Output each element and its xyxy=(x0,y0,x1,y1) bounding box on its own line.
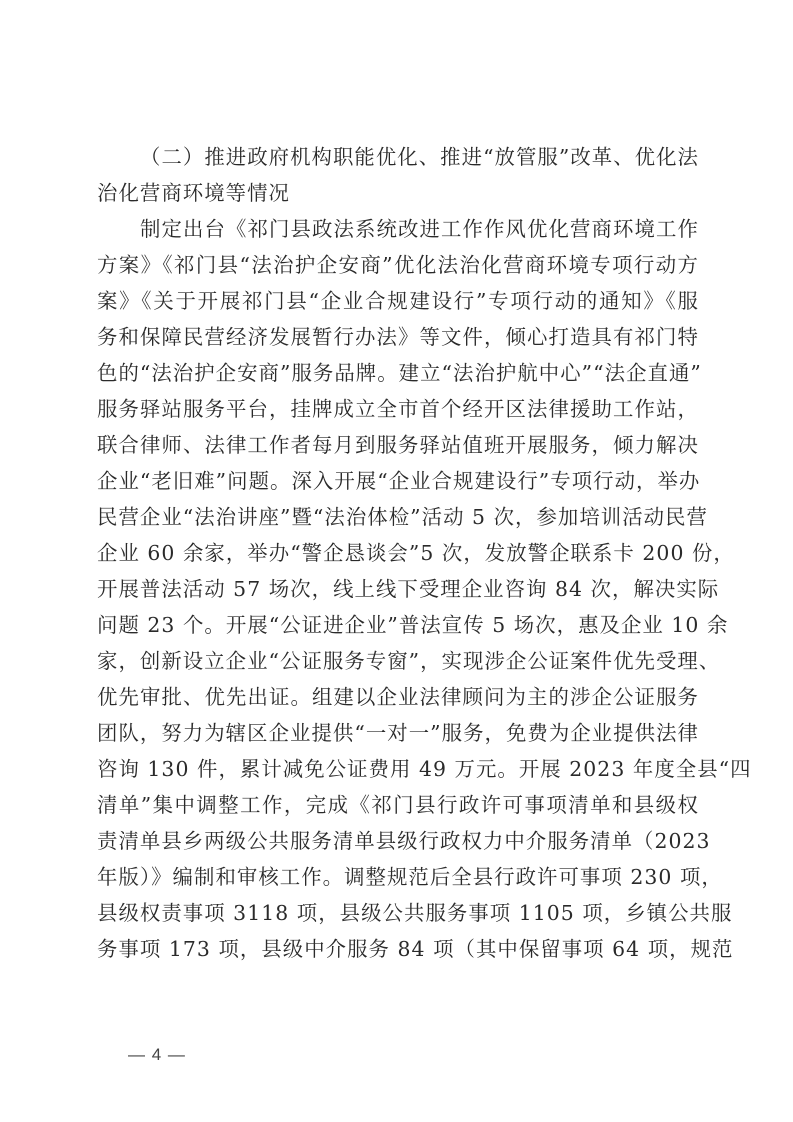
body-line-17: 清单”集中调整工作，完成《祁门县行政许可事项清单和县级权 xyxy=(97,787,699,823)
body-line-14: 优先审批、优先出证。组建以企业法律顾问为主的涉企公证服务 xyxy=(97,679,699,715)
body-line-19: 年版）》编制和审核工作。调整规范后全县行政许可事项 230 项， xyxy=(97,859,699,895)
section-heading-line-1: （二）推进政府机构职能优化、推进“放管服”改革、优化法 xyxy=(97,139,699,175)
body-line-16: 咨询 130 件，累计减免公证费用 49 万元。开展 2023 年度全县“四 xyxy=(97,751,699,787)
body-line-8: 企业“老旧难”问题。深入开展“企业合规建设行”专项行动，举办 xyxy=(97,463,699,499)
body-line-10: 企业 60 余家，举办“警企恳谈会”5 次，发放警企联系卡 200 份， xyxy=(97,535,699,571)
body-line-5: 色的“法治护企安商”服务品牌。建立“法治护航中心”“法企直通” xyxy=(97,355,699,391)
body-line-9: 民营企业“法治讲座”暨“法治体检”活动 5 次，参加培训活动民营 xyxy=(97,499,699,535)
body-line-4: 务和保障民营经济发展暂行办法》等文件，倾心打造具有祁门特 xyxy=(97,319,699,355)
body-line-3: 案》《关于开展祁门县“企业合规建设行”专项行动的通知》《服 xyxy=(97,283,699,319)
document-page: （二）推进政府机构职能优化、推进“放管服”改革、优化法 治化营商环境等情况 制定… xyxy=(97,139,699,967)
body-line-21: 务事项 173 项，县级中介服务 84 项（其中保留事项 64 项，规范 xyxy=(97,931,699,967)
section-heading-line-2: 治化营商环境等情况 xyxy=(97,175,699,211)
body-line-11: 开展普法活动 57 场次，线上线下受理企业咨询 84 次，解决实际 xyxy=(97,571,699,607)
body-line-15: 团队，努力为辖区企业提供“一对一”服务，免费为企业提供法律 xyxy=(97,715,699,751)
body-line-2: 方案》《祁门县“法治护企安商”优化法治化营商环境专项行动方 xyxy=(97,247,699,283)
body-line-6: 服务驿站服务平台，挂牌成立全市首个经开区法律援助工作站， xyxy=(97,391,699,427)
body-line-20: 县级权责事项 3118 项，县级公共服务事项 1105 项，乡镇公共服 xyxy=(97,895,699,931)
body-line-13: 家，创新设立企业“公证服务专窗”，实现涉企公证案件优先受理、 xyxy=(97,643,699,679)
body-line-1: 制定出台《祁门县政法系统改进工作作风优化营商环境工作 xyxy=(97,211,699,247)
body-line-18: 责清单县乡两级公共服务清单县级行政权力中介服务清单（2023 xyxy=(97,823,699,859)
body-line-7: 联合律师、法律工作者每月到服务驿站值班开展服务，倾力解决 xyxy=(97,427,699,463)
body-line-12: 问题 23 个。开展“公证进企业”普法宣传 5 场次，惠及企业 10 余 xyxy=(97,607,699,643)
page-number: — 4 — xyxy=(128,1045,186,1065)
